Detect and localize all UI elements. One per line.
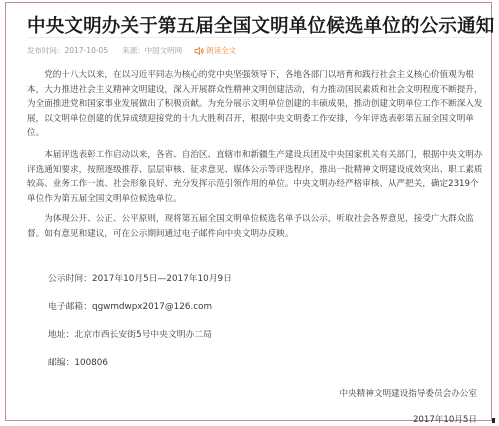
- signer: 中央精神文明建设指导委员会办公室: [339, 387, 477, 399]
- speaker-icon: [194, 47, 204, 55]
- title-divider: [27, 37, 485, 38]
- corner-mark: [492, 418, 495, 423]
- article-body-paragraph-3: 为体现公开、公正、公平原则，现将第五届全国文明单位候选名单予以公示，听取社会各界…: [27, 212, 487, 241]
- read-aloud-label: 朗读全文: [206, 45, 236, 56]
- paragraph-text: 本届评选表彰工作启动以来，各省、自治区、直辖市和新疆生产建设兵团及中央国家机关有…: [27, 148, 487, 206]
- paragraph-text: 党的十八大以来，在以习近平同志为核心的党中央坚强领导下，各地各部门以培育和践行社…: [27, 68, 487, 141]
- publish-time: 发布时间：2017-10-05: [27, 45, 108, 56]
- paragraph-text: 为体现公开、公正、公平原则，现将第五届全国文明单位候选名单予以公示，听取社会各界…: [27, 212, 487, 241]
- article-body-paragraph-1: 党的十八大以来，在以习近平同志为核心的党中央坚强领导下，各地各部门以培育和践行社…: [27, 68, 487, 141]
- contact-address: 地址：北京市西长安街5号中央文明办二局: [48, 327, 212, 340]
- postal-code: 邮编：100806: [48, 355, 108, 368]
- article-source: 来源：中国文明网: [122, 45, 182, 56]
- article-meta: 发布时间：2017-10-05 来源：中国文明网 朗读全文: [27, 45, 236, 56]
- article-body-paragraph-2: 本届评选表彰工作启动以来，各省、自治区、直辖市和新疆生产建设兵团及中央国家机关有…: [27, 148, 487, 206]
- article-frame: 中央文明办关于第五届全国文明单位候选单位的公示通知 发布时间：2017-10-0…: [5, 2, 492, 421]
- read-aloud-button[interactable]: 朗读全文: [194, 45, 236, 56]
- sign-date: 2017年10月5日: [413, 413, 477, 425]
- article-title: 中央文明办关于第五届全国文明单位候选单位的公示通知: [27, 12, 495, 38]
- contact-email: 电子邮箱：qgwmdwpx2017@126.com: [48, 299, 212, 312]
- publicity-period: 公示时间：2017年10月5日—2017年10月9日: [48, 271, 232, 284]
